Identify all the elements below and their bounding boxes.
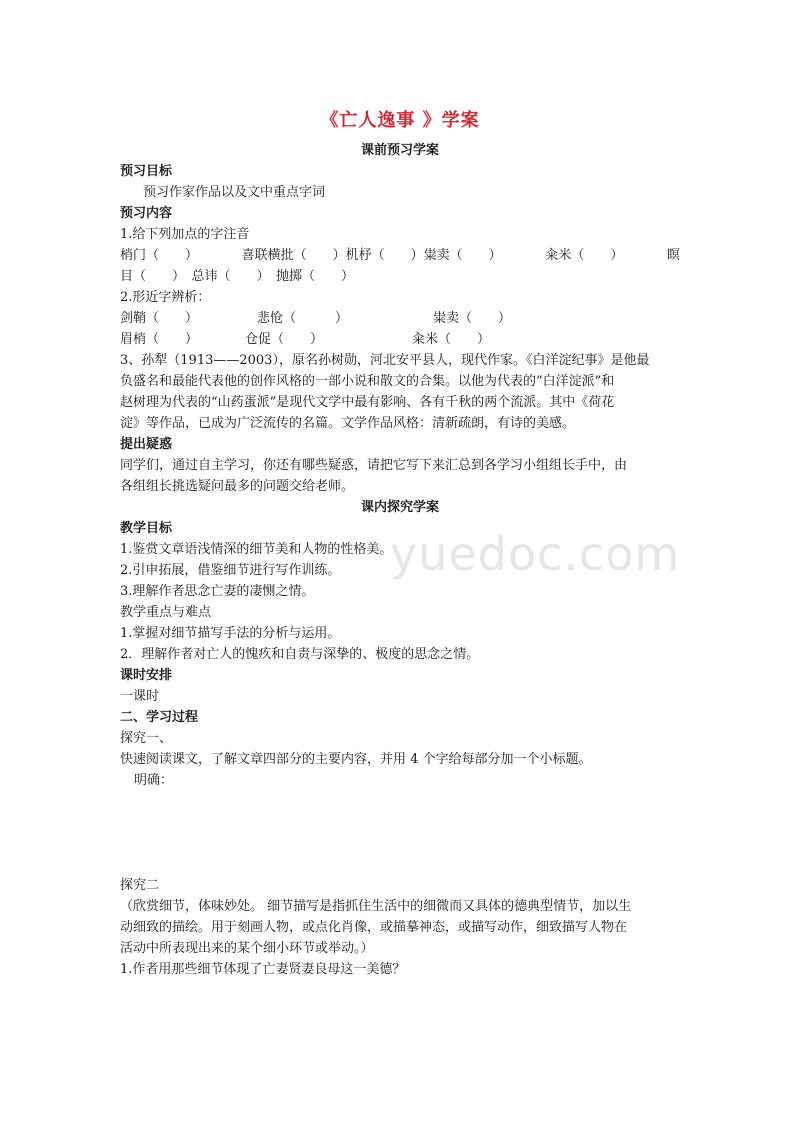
- explore-2-line2: 动细致的描绘。用于刻画人物，或点化肖像，或描摹神态，或描写动作，细致描写人物在: [120, 918, 627, 938]
- teach-goal-2: 2.引申拓展，借鉴细节进行写作训练。: [120, 561, 340, 581]
- schedule-text: 一课时: [120, 687, 159, 707]
- document-title: 《亡人逸事 》学案: [0, 106, 800, 132]
- process-label: 二、学习过程: [120, 708, 198, 728]
- schedule-label: 课时安排: [120, 666, 172, 686]
- pair-dimi: 籴米（ ）: [412, 330, 490, 350]
- question-1-items-line2: 目（ ） 总讳（ ） 抛掷（ ）: [120, 267, 354, 287]
- question-3-line3: 赵树理为代表的“山药蛋派”是现代文学中最有影响、各有千秋的两个流派。其中《荷花: [120, 393, 614, 413]
- pair-tiaomai: 粜卖（ ）: [433, 309, 511, 329]
- key-point-2: 2．理解作者对亡人的愧疚和自责与深挚的、极度的思念之情。: [120, 645, 479, 665]
- preview-goal-label: 预习目标: [120, 162, 172, 182]
- item-dimi: 籴米（ ）: [545, 246, 623, 266]
- question-2: 2.形近字辨析：: [120, 288, 210, 308]
- question-1-items-line1: 梢门（ ） 喜联横批（ ）机杼（ ）粜卖（ ） 籴米（ ） 瞑: [120, 246, 680, 266]
- item-group: 喜联横批（ ）机杼（ ）粜卖（ ）: [242, 246, 502, 266]
- teach-goal-1: 1.鉴赏文章语浅情深的细节美和人物的性格美。: [120, 540, 392, 560]
- section-heading-preview: 课前预习学案: [0, 141, 800, 161]
- explore-2-line3: 活动中所表现出来的某个细小环节或举动。）: [120, 939, 374, 959]
- question-3-line4: 淀》等作品，已成为广泛流传的名篇。文学作品风格：清新疏朗，有诗的美感。: [120, 414, 575, 434]
- watermark: yuedoc.com: [390, 527, 680, 581]
- pair-meishao: 眉梢（ ）: [120, 330, 198, 350]
- explore-1-answer-label: 明确：: [134, 771, 173, 791]
- pair-beichuang: 悲怆（ ）: [257, 309, 348, 329]
- explore-1-text: 快速阅读课文，了解文章四部分的主要内容，并用 4 个字给每部分加一个小标题。: [120, 750, 592, 770]
- explore-1-label: 探究一、: [120, 729, 172, 749]
- pair-jianqiao: 剑鞘（ ）: [120, 309, 198, 329]
- explore-2-line1: （欣赏细节，体味妙处。 细节描写是指抓住生活中的细微而又具体的德典型情节，加以生: [120, 897, 631, 917]
- teach-goal-label: 教学目标: [120, 519, 172, 539]
- preview-goal-text: 预习作家作品以及文中重点字词: [143, 183, 325, 203]
- item-ming: 瞑: [667, 246, 680, 266]
- doubt-line1: 同学们，通过自主学习，你还有哪些疑惑，请把它写下来汇总到各学习小组组长手中，由: [120, 456, 627, 476]
- document-page: 《亡人逸事 》学案 课前预习学案 预习目标 预习作家作品以及文中重点字词 预习内…: [0, 0, 800, 1132]
- preview-content-label: 预习内容: [120, 204, 172, 224]
- question-1: 1.给下列加点的字注音: [120, 225, 249, 245]
- question-3-line2: 负盛名和最能代表他的创作风格的一部小说和散文的合集。以他为代表的“白洋淀派”和: [120, 372, 614, 392]
- question-3-line1: 3、孙犁（1913——2003），原名孙树勋，河北安平县人，现代作家。《白洋淀纪…: [120, 351, 649, 371]
- section-heading-inclass: 课内探究学案: [0, 498, 800, 518]
- key-point-1: 1.掌握对细节描写手法的分析与运用。: [120, 624, 340, 644]
- explore-2-question-1: 1.作者用那些细节体现了亡妻贤妻良母这一美德？: [120, 960, 405, 980]
- teach-goal-3: 3.理解作者思念亡妻的凄恻之情。: [120, 582, 314, 602]
- pair-cangcu: 仓促（ ）: [245, 330, 323, 350]
- doubt-label: 提出疑惑: [120, 435, 172, 455]
- item-shaomen: 梢门（ ）: [120, 246, 198, 266]
- key-points-label: 教学重点与难点: [120, 603, 211, 623]
- doubt-line2: 各组组长挑选疑问最多的问题交给老师。: [120, 477, 354, 497]
- explore-2-label: 探究二: [120, 876, 159, 896]
